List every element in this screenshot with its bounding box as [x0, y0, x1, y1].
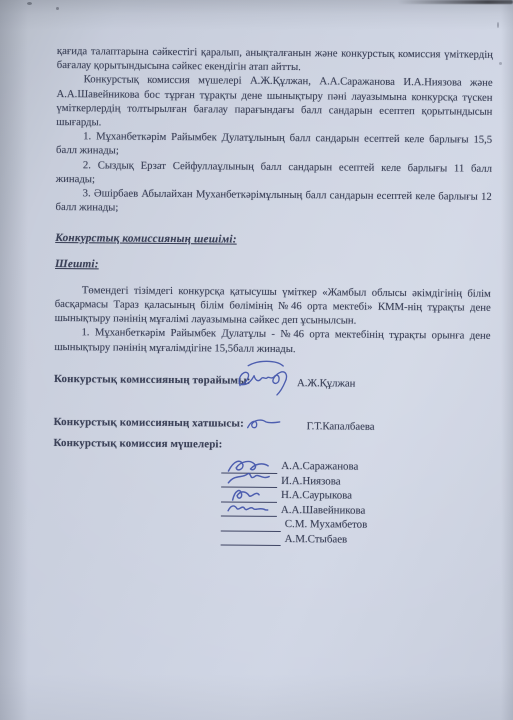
chairman-name: А.Ж.Құлжан	[297, 376, 355, 391]
secretary-signature	[244, 415, 284, 433]
member-name: А.М.Стыбаев	[285, 532, 348, 547]
member-signature	[226, 500, 270, 518]
signature-line	[221, 520, 281, 532]
list-item-candidate-3: 3. Әшірбаев Абылайхан Муханбеткәрімұлыны…	[56, 186, 492, 218]
paragraph-recommendation: Төмендегі тізімдегі конкурсқа қатысушы ү…	[55, 283, 491, 329]
secretary-signature-row: Конкурстық комиссияның хатшысы: Г.Т.Капа…	[54, 415, 490, 437]
photo-speck	[56, 7, 59, 10]
photo-speck	[497, 22, 499, 28]
resolved-heading: Шешті:	[55, 257, 491, 275]
chairman-signature	[232, 358, 294, 397]
members-label: Конкурстық комиссия мүшелері:	[53, 436, 489, 454]
members-signature-list: А.А.Саражанова И.А.Ниязова Н.А.Саурыкова	[221, 459, 490, 548]
paragraph-conclusion: қағида талаптарына сәйкестігі қаралып, а…	[57, 44, 493, 76]
document-body: қағида талаптарына сәйкестігі қаралып, а…	[53, 44, 493, 548]
secretary-name: Г.Т.Капалбаева	[307, 419, 375, 434]
signature-line	[221, 535, 281, 547]
paragraph-commission-scoring: Конкурстық комиссия мүшелері А.Ж.Құлжан,…	[56, 72, 492, 133]
chairman-label: Конкурстық комиссияның төрайымы:	[54, 373, 251, 387]
list-item-candidate-2: 2. Сыздық Ерзат Сейфуллаұлының балл санд…	[56, 158, 492, 190]
photo-speck	[499, 62, 502, 65]
signature-line	[221, 506, 277, 517]
member-name: С.М. Мухамбетов	[285, 517, 368, 532]
member-name: И.А.Ниязова	[281, 474, 341, 489]
chairman-signature-row: Конкурстық комиссияның төрайымы: А.Ж.Құл…	[54, 372, 490, 394]
paper-top-edge-shadow	[398, 0, 513, 4]
paragraph-appointment: 1. Мұханбеткәрім Райымбек Дулатұлы - №46…	[54, 325, 490, 357]
member-name: А.А.Шавейникова	[281, 503, 366, 518]
secretary-label: Конкурстық комиссияның хатшысы:	[54, 416, 244, 430]
photo-speck	[27, 2, 32, 5]
member-name: А.А.Саражанова	[281, 459, 358, 474]
decision-heading: Конкурстық комиссияның шешімі:	[55, 231, 491, 249]
member-signature-row: А.М.Стыбаев	[221, 531, 489, 548]
member-name: Н.А.Саурыкова	[281, 488, 352, 503]
list-item-candidate-1: 1. Мұханбеткәрім Райымбек Дулатұлының ба…	[56, 129, 492, 161]
photographed-document: қағида талаптарына сәйкестігі қаралып, а…	[0, 0, 513, 720]
